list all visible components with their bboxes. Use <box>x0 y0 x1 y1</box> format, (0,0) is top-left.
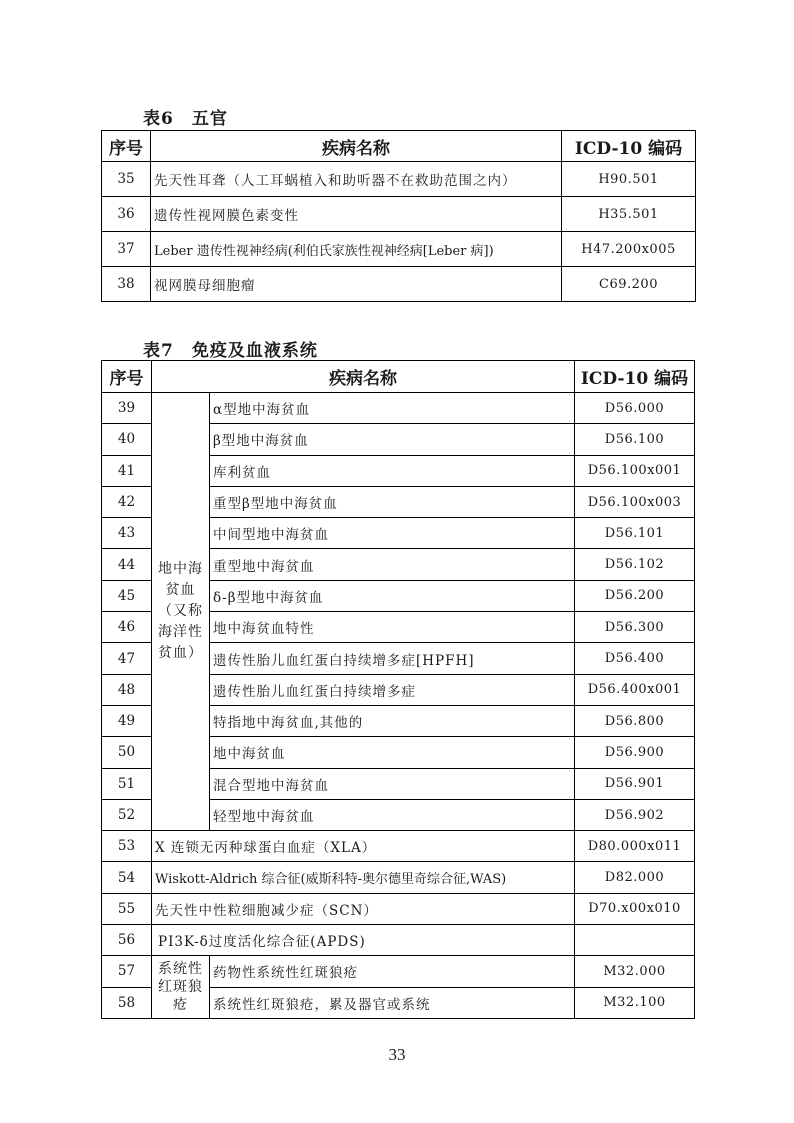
row-seq: 39 <box>102 393 152 424</box>
row-seq: 36 <box>102 197 151 232</box>
row-icd-code: H90.501 <box>562 162 696 197</box>
row-disease-name: 视网膜母细胞瘤 <box>151 267 562 302</box>
row-disease-name: 药物性系统性红斑狼疮 <box>210 956 575 987</box>
row-disease-name: PI3K-δ过度活化综合征(APDS) <box>152 925 575 956</box>
group-thalassemia: 地中海贫血（又称海洋性贫血） <box>152 393 210 831</box>
table-row: 39 地中海贫血（又称海洋性贫血） α型地中海贫血 D56.000 <box>102 393 695 424</box>
row-disease-name: 地中海贫血 <box>210 737 575 768</box>
group-sle: 系统性红斑狼疮 <box>152 956 210 1019</box>
table7-immune-blood-system: 序号 疾病名称 ICD-10 编码 39 地中海贫血（又称海洋性贫血） α型地中… <box>101 360 695 1019</box>
table-row: 38 视网膜母细胞瘤 C69.200 <box>102 267 696 302</box>
row-icd-code: D56.902 <box>575 799 695 830</box>
row-icd-code: D56.100x001 <box>575 455 695 486</box>
table6-caption-title: 五官 <box>192 109 228 129</box>
row-icd-code: D56.102 <box>575 549 695 580</box>
row-icd-code: D56.000 <box>575 393 695 424</box>
row-disease-name: 地中海贫血特性 <box>210 612 575 643</box>
row-disease-name: α型地中海贫血 <box>210 393 575 424</box>
row-icd-code: D56.400 <box>575 643 695 674</box>
row-disease-name: 系统性红斑狼疮，累及器官或系统 <box>210 987 575 1018</box>
row-seq: 49 <box>102 705 152 736</box>
row-icd-code: D70.x00x010 <box>575 893 695 924</box>
table-row: 53 X 连锁无丙种球蛋白血症（XLA） D80.000x011 <box>102 831 695 862</box>
row-icd-code: H47.200x005 <box>562 232 696 267</box>
row-disease-name: 遗传性胎儿血红蛋白持续增多症 <box>210 674 575 705</box>
row-seq: 52 <box>102 799 152 830</box>
table-row: 37 Leber 遗传性视神经病(利伯氏家族性视神经病[Leber 病]) H4… <box>102 232 696 267</box>
table6-caption: 表6五官 <box>143 104 228 129</box>
row-disease-name: δ-β型地中海贫血 <box>210 580 575 611</box>
table-row: 35 先天性耳聋（人工耳蜗植入和助听器不在救助范围之内） H90.501 <box>102 162 696 197</box>
row-icd-code: M32.000 <box>575 956 695 987</box>
row-disease-name: Wiskott-Aldrich 综合征(威斯科特-奥尔德里奇综合征,WAS) <box>152 862 575 893</box>
row-seq: 43 <box>102 518 152 549</box>
row-seq: 48 <box>102 674 152 705</box>
table7-caption-title: 免疫及血液系统 <box>192 341 318 361</box>
row-seq: 54 <box>102 862 152 893</box>
row-seq: 47 <box>102 643 152 674</box>
table6-header-row: 序号 疾病名称 ICD-10 编码 <box>102 131 696 162</box>
row-disease-name: Leber 遗传性视神经病(利伯氏家族性视神经病[Leber 病]) <box>151 232 562 267</box>
table-row: 36 遗传性视网膜色素变性 H35.501 <box>102 197 696 232</box>
row-disease-name: 遗传性视网膜色素变性 <box>151 197 562 232</box>
row-seq: 38 <box>102 267 151 302</box>
row-icd-code <box>575 925 695 956</box>
row-icd-code: M32.100 <box>575 987 695 1018</box>
row-seq: 57 <box>102 956 152 987</box>
header-disease-name: 疾病名称 <box>151 131 562 162</box>
row-icd-code: D56.200 <box>575 580 695 611</box>
table7-caption-label: 表7 <box>143 341 174 361</box>
table6-caption-label: 表6 <box>143 109 174 129</box>
row-seq: 45 <box>102 580 152 611</box>
row-seq: 58 <box>102 987 152 1018</box>
header-disease-name: 疾病名称 <box>152 361 575 393</box>
row-icd-code: D56.901 <box>575 768 695 799</box>
row-seq: 56 <box>102 925 152 956</box>
row-disease-name: β型地中海贫血 <box>210 424 575 455</box>
row-seq: 53 <box>102 831 152 862</box>
row-icd-code: D80.000x011 <box>575 831 695 862</box>
row-icd-code: D56.101 <box>575 518 695 549</box>
header-seq: 序号 <box>102 131 151 162</box>
header-icd10-code: ICD-10 编码 <box>575 361 695 393</box>
table7-header-row: 序号 疾病名称 ICD-10 编码 <box>102 361 695 393</box>
row-seq: 41 <box>102 455 152 486</box>
row-icd-code: H35.501 <box>562 197 696 232</box>
row-disease-name: 遗传性胎儿血红蛋白持续增多症[HPFH] <box>210 643 575 674</box>
row-seq: 51 <box>102 768 152 799</box>
page-number: 33 <box>0 1045 794 1065</box>
table7-caption: 表7免疫及血液系统 <box>143 336 318 361</box>
row-seq: 35 <box>102 162 151 197</box>
row-disease-name: X 连锁无丙种球蛋白血症（XLA） <box>152 831 575 862</box>
row-disease-name: 先天性耳聋（人工耳蜗植入和助听器不在救助范围之内） <box>151 162 562 197</box>
row-icd-code: D56.900 <box>575 737 695 768</box>
row-disease-name: 轻型地中海贫血 <box>210 799 575 830</box>
row-seq: 42 <box>102 486 152 517</box>
row-icd-code: D56.400x001 <box>575 674 695 705</box>
row-icd-code: D82.000 <box>575 862 695 893</box>
row-disease-name: 重型β型地中海贫血 <box>210 486 575 517</box>
row-seq: 44 <box>102 549 152 580</box>
row-disease-name: 重型地中海贫血 <box>210 549 575 580</box>
header-icd10-code: ICD-10 编码 <box>562 131 696 162</box>
row-disease-name: 特指地中海贫血,其他的 <box>210 705 575 736</box>
row-seq: 50 <box>102 737 152 768</box>
table-row: 57 系统性红斑狼疮 药物性系统性红斑狼疮 M32.000 <box>102 956 695 987</box>
row-icd-code: D56.100 <box>575 424 695 455</box>
row-disease-name: 库利贫血 <box>210 455 575 486</box>
row-disease-name: 先天性中性粒细胞减少症（SCN） <box>152 893 575 924</box>
row-icd-code: C69.200 <box>562 267 696 302</box>
table-row: 55 先天性中性粒细胞减少症（SCN） D70.x00x010 <box>102 893 695 924</box>
row-disease-name: 混合型地中海贫血 <box>210 768 575 799</box>
row-disease-name: 中间型地中海贫血 <box>210 518 575 549</box>
row-seq: 46 <box>102 612 152 643</box>
row-icd-code: D56.800 <box>575 705 695 736</box>
row-icd-code: D56.300 <box>575 612 695 643</box>
row-icd-code: D56.100x003 <box>575 486 695 517</box>
row-seq: 40 <box>102 424 152 455</box>
table-row: 54 Wiskott-Aldrich 综合征(威斯科特-奥尔德里奇综合征,WAS… <box>102 862 695 893</box>
header-seq: 序号 <box>102 361 152 393</box>
table6-five-senses: 序号 疾病名称 ICD-10 编码 35 先天性耳聋（人工耳蜗植入和助听器不在救… <box>101 130 696 302</box>
table-row: 56 PI3K-δ过度活化综合征(APDS) <box>102 925 695 956</box>
row-seq: 37 <box>102 232 151 267</box>
row-seq: 55 <box>102 893 152 924</box>
